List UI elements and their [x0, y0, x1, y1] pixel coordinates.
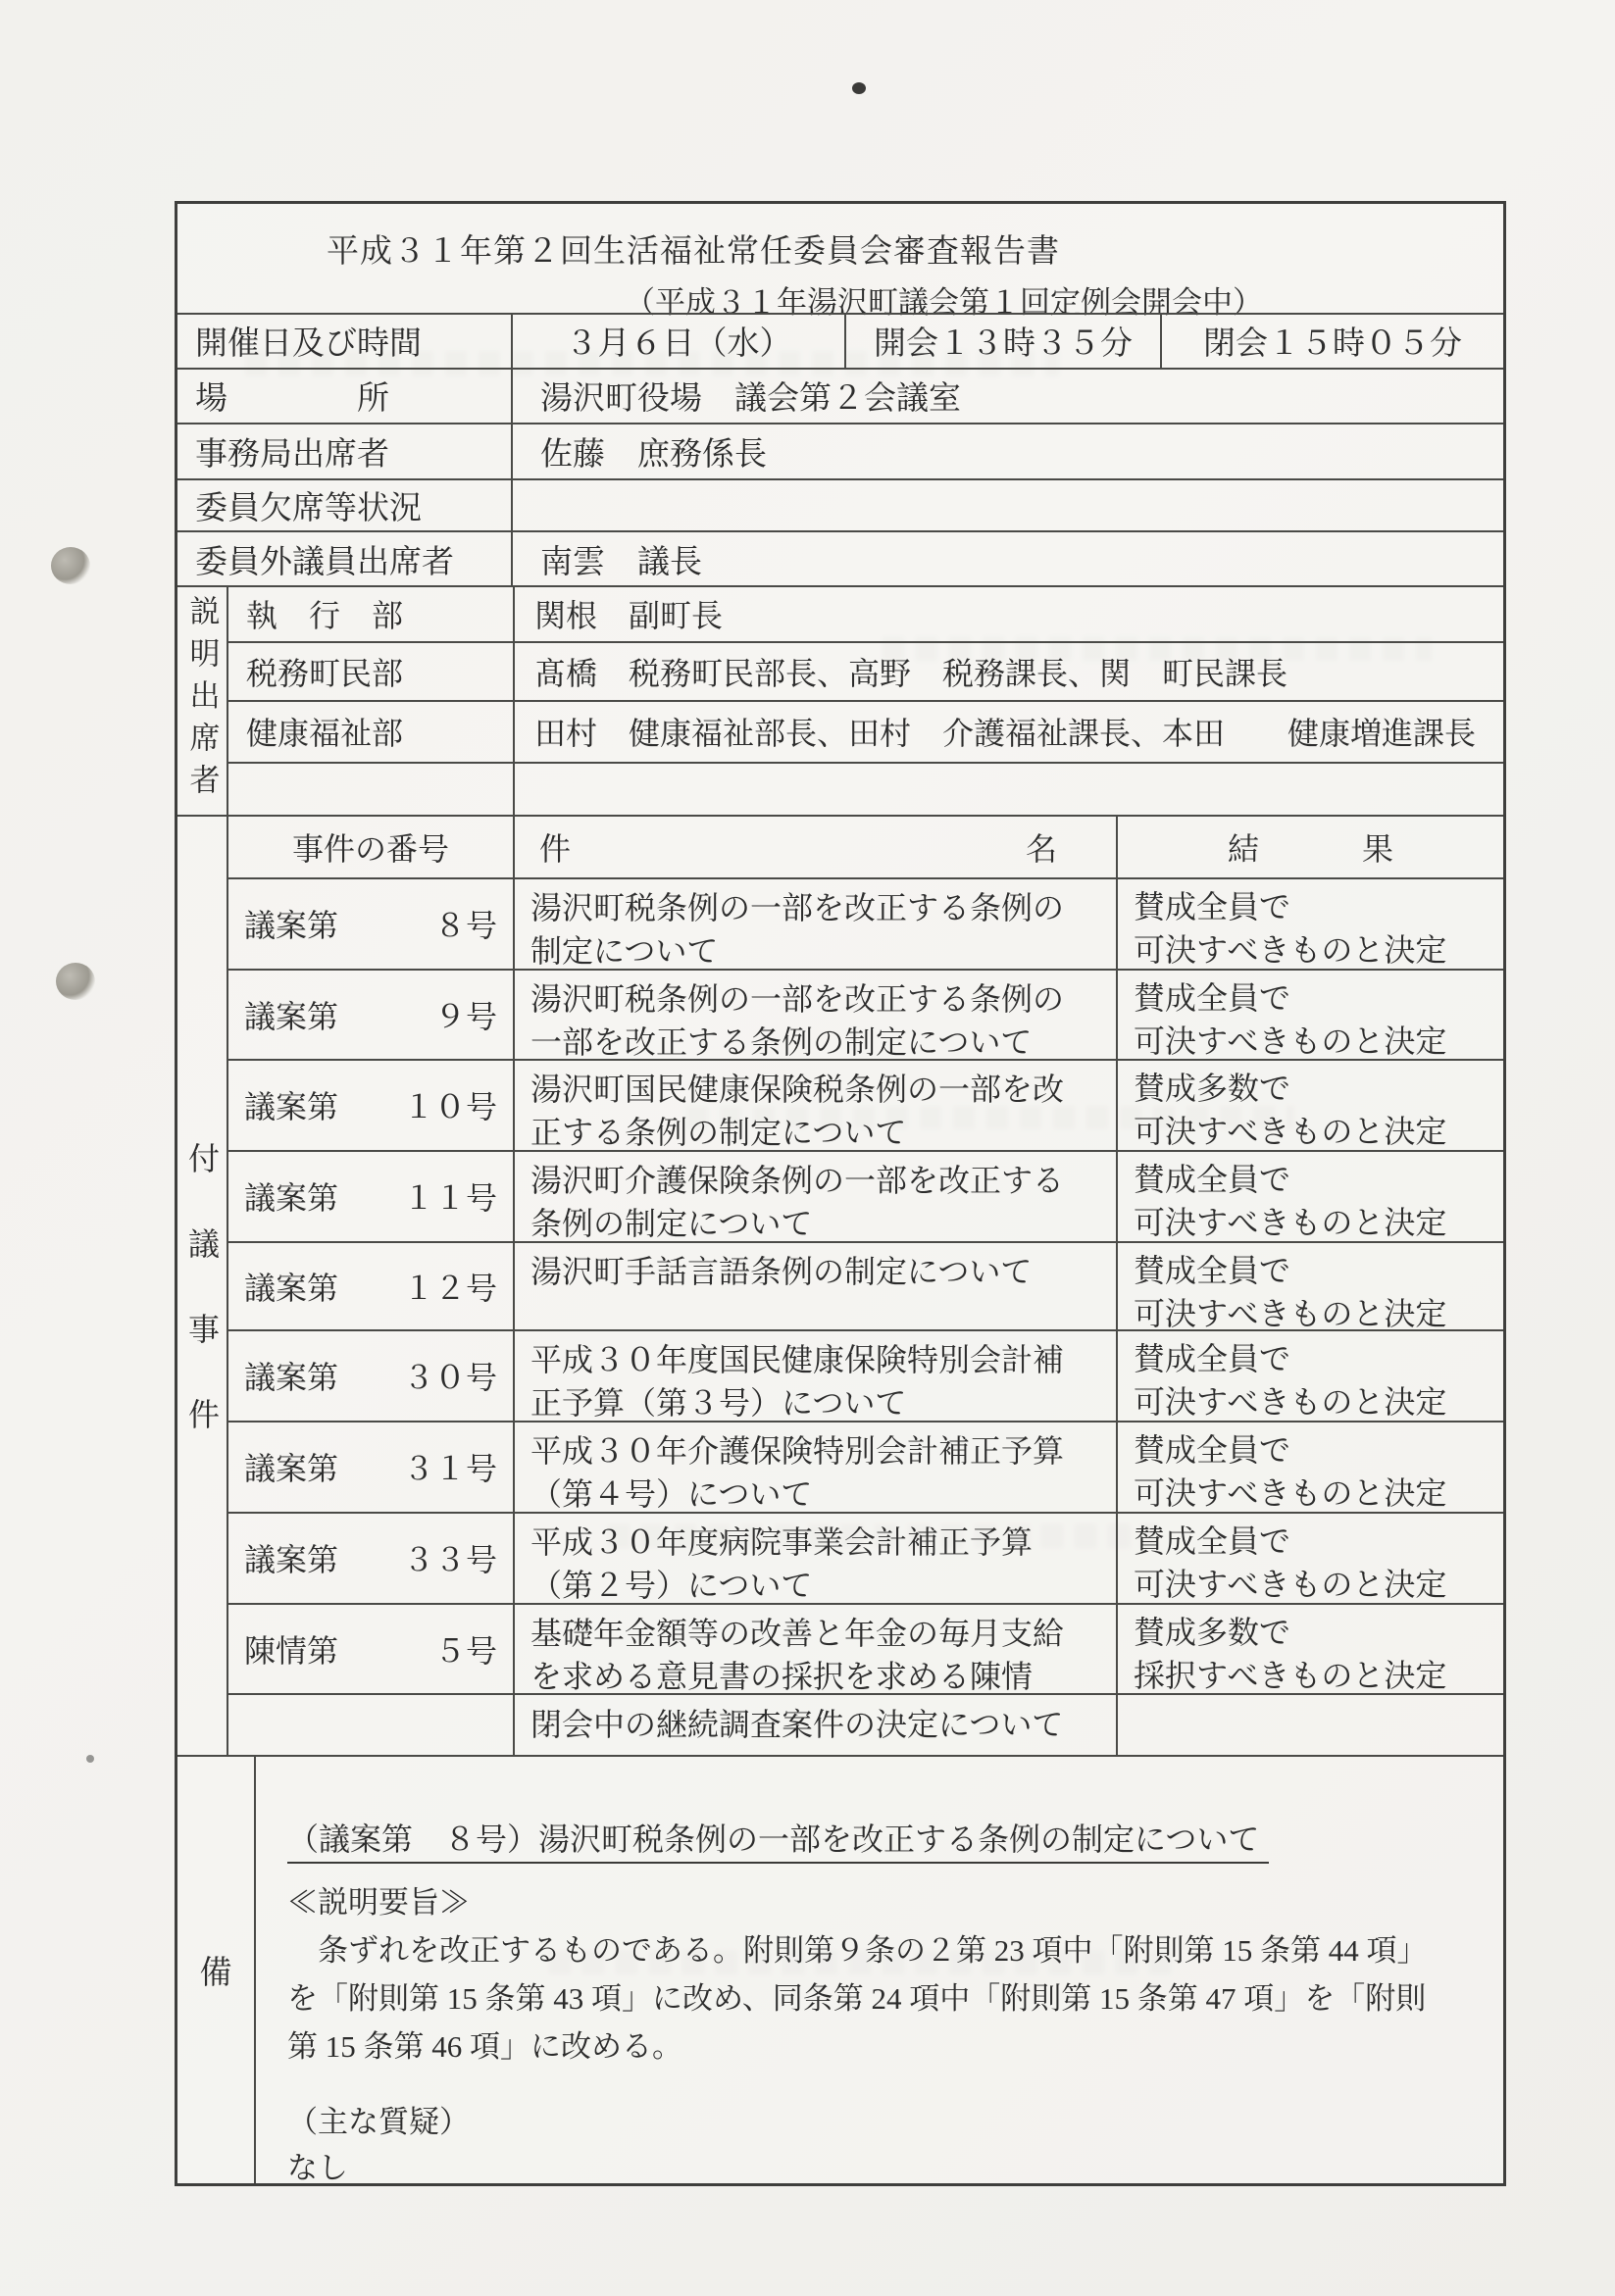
- agenda-case-result: 賛成多数で 可決すべきものと決定: [1118, 1061, 1503, 1150]
- agenda-case-number: [228, 1695, 515, 1755]
- agenda-header-name-text: 件名: [515, 824, 1116, 870]
- agenda-case-result: [1118, 1695, 1503, 1755]
- remarks-heading: （議案第 ８号）湯沢町税条例の一部を改正する条例の制定について: [287, 1823, 1269, 1864]
- case-number-value: ３１号: [403, 1444, 497, 1489]
- agenda-row: 議案第 １２号 湯沢町手話言語条例の制定について 賛成全員で 可決すべきものと決…: [228, 1241, 1503, 1329]
- explainer-dept: 執 行 部: [228, 587, 515, 641]
- explainer-dept: 税務町民部: [228, 643, 515, 700]
- result-line2: 可決すべきものと決定: [1134, 1020, 1503, 1064]
- absence-label: 委員欠席等状況: [177, 480, 513, 531]
- agenda-case-result: 賛成全員で 可決すべきものと決定: [1118, 879, 1503, 969]
- scan-speck: [86, 1755, 94, 1763]
- case-number-prefix: 議案第: [244, 901, 338, 946]
- case-number-value: ３０号: [403, 1353, 497, 1398]
- punch-hole: [56, 963, 95, 1000]
- row-absence: 委員欠席等状況: [177, 478, 1503, 531]
- remarks-vertical-label: 備: [200, 1947, 232, 1993]
- agenda-case-result: 賛成全員で 可決すべきものと決定: [1118, 1423, 1503, 1512]
- remarks-question-answer: なし: [287, 2153, 1474, 2183]
- result-line2: 可決すべきものと決定: [1134, 1563, 1503, 1607]
- agenda-case-number: 議案第 １１号: [228, 1152, 515, 1241]
- agenda-case-result: 賛成全員で 可決すべきものと決定: [1118, 1514, 1503, 1603]
- agenda-header-row: 事件の番号 件名 結果: [228, 817, 1503, 877]
- agenda-case-number: 議案第 ３１号: [228, 1423, 515, 1512]
- result-line1: 賛成全員で: [1134, 1158, 1503, 1202]
- agenda-row: 議案第 ３３号 平成３０年度病院事業会計補正予算（第２号）について 賛成全員で …: [228, 1512, 1503, 1603]
- agenda-case-number: 陳情第 ５号: [228, 1605, 515, 1693]
- remarks-subheading: ≪説明要旨≫: [287, 1887, 1474, 1918]
- report-title: 平成３１年第２回生活福祉常任委員会審査報告書: [177, 225, 1503, 272]
- explainer-members: 髙橋 税務町民部長、高野 税務課長、関 町民課長: [515, 643, 1503, 700]
- absence-value: [513, 480, 1503, 531]
- title-block: 平成３１年第２回生活福祉常任委員会審査報告書 （平成３１年湯沢町議会第１回定例会…: [177, 204, 1503, 313]
- agenda-row: 議案第 １０号 湯沢町国民健康保険税条例の一部を改正する条例の制定について 賛成…: [228, 1059, 1503, 1150]
- result-line1: 賛成全員で: [1134, 1428, 1503, 1472]
- agenda-case-name: 湯沢町手話言語条例の制定について: [515, 1243, 1118, 1329]
- explainer-dept: [228, 764, 515, 815]
- agenda-rows: 事件の番号 件名 結果 議案第 ８号 湯沢町税条例の一部を改正する条例の制定につ…: [228, 817, 1503, 1755]
- result-line2: 可決すべきものと決定: [1134, 1380, 1503, 1424]
- row-schedule: 開催日及び時間 ３月６日（水） 開会１３時３５分 閉会１５時０５分: [177, 313, 1503, 368]
- remarks-paragraph-line: 第 15 条第 46 項」に改める。: [287, 2031, 1474, 2062]
- agenda-header-result: 結果: [1118, 817, 1503, 877]
- case-number-value: ３３号: [403, 1535, 497, 1580]
- case-number-value: ９号: [434, 992, 497, 1037]
- agenda-row: 議案第 ８号 湯沢町税条例の一部を改正する条例の制定について 賛成全員で 可決す…: [228, 877, 1503, 969]
- row-place: 場 所 湯沢町役場 議会第２会議室: [177, 368, 1503, 424]
- schedule-close-time: 閉会１５時０５分: [1162, 315, 1503, 368]
- agenda-case-name: 平成３０年介護保険特別会計補正予算（第４号）について: [515, 1423, 1118, 1512]
- scanned-report-page: 平成３１年第２回生活福祉常任委員会審査報告書 （平成３１年湯沢町議会第１回定例会…: [0, 0, 1615, 2296]
- case-number-prefix: 議案第: [244, 992, 338, 1037]
- agenda-case-name: 湯沢町国民健康保険税条例の一部を改正する条例の制定について: [515, 1061, 1118, 1150]
- agenda-case-name: 湯沢町税条例の一部を改正する条例の制定について: [515, 879, 1118, 969]
- agenda-row: 陳情第 ５号 基礎年金額等の改善と年金の毎月支給を求める意見書の採択を求める陳情…: [228, 1603, 1503, 1693]
- case-number-prefix: 議案第: [244, 1264, 338, 1309]
- case-number-value: ５号: [434, 1626, 497, 1672]
- place-value: 湯沢町役場 議会第２会議室: [513, 370, 1503, 424]
- section-agenda: 付議事件 事件の番号 件名 結果 議案第 ８号: [177, 815, 1503, 1755]
- result-line1: 賛成全員で: [1134, 1520, 1503, 1564]
- agenda-case-name: 平成３０年度病院事業会計補正予算（第２号）について: [515, 1514, 1118, 1603]
- committee-report-table: 平成３１年第２回生活福祉常任委員会審査報告書 （平成３１年湯沢町議会第１回定例会…: [175, 201, 1506, 2186]
- agenda-case-name: 湯沢町介護保険条例の一部を改正する条例の制定について: [515, 1152, 1118, 1241]
- agenda-case-number: 議案第 ９号: [228, 971, 515, 1059]
- explainer-dept: 健康福祉部: [228, 702, 515, 762]
- observers-label: 委員外議員出席者: [177, 532, 513, 585]
- agenda-case-number: 議案第 ３３号: [228, 1514, 515, 1603]
- explainers-vertical-label: 説明出席者: [180, 595, 225, 806]
- agenda-case-name: 平成３０年度国民健康保険特別会計補正予算（第３号）について: [515, 1331, 1118, 1421]
- observers-value: 南雲 議長: [513, 532, 1503, 585]
- explainer-row: 税務町民部 髙橋 税務町民部長、高野 税務課長、関 町民課長: [228, 641, 1503, 700]
- agenda-case-name: 湯沢町税条例の一部を改正する条例の一部を改正する条例の制定について: [515, 971, 1118, 1059]
- explainer-row: [228, 762, 1503, 815]
- punch-hole: [51, 547, 90, 584]
- result-line1: 賛成多数で: [1134, 1611, 1503, 1655]
- agenda-case-result: 賛成全員で 可決すべきものと決定: [1118, 1152, 1503, 1241]
- case-number-prefix: 議案第: [244, 1353, 338, 1398]
- row-observers: 委員外議員出席者 南雲 議長: [177, 530, 1503, 585]
- case-number-value: １１号: [403, 1173, 497, 1219]
- remarks-body: （議案第 ８号）湯沢町税条例の一部を改正する条例の制定について ≪説明要旨≫ 条…: [256, 1757, 1503, 2183]
- agenda-case-result: 賛成多数で 採択すべきものと決定: [1118, 1605, 1503, 1693]
- agenda-case-result: 賛成全員で 可決すべきものと決定: [1118, 1243, 1503, 1329]
- remarks-paragraph-line: 条ずれを改正するものである。附則第９条の２第 23 項中「附則第 15 条第 4…: [287, 1935, 1474, 1966]
- scan-speck: [852, 82, 866, 94]
- agenda-header-name: 件名: [515, 817, 1118, 877]
- case-number-prefix: 議案第: [244, 1173, 338, 1219]
- agenda-case-number: 議案第 ８号: [228, 879, 515, 969]
- agenda-case-number: 議案第 １２号: [228, 1243, 515, 1329]
- result-line1: 賛成全員で: [1134, 976, 1503, 1021]
- agenda-row: 議案第 ３０号 平成３０年度国民健康保険特別会計補正予算（第３号）について 賛成…: [228, 1329, 1503, 1421]
- agenda-row: 議案第 ９号 湯沢町税条例の一部を改正する条例の一部を改正する条例の制定について…: [228, 969, 1503, 1059]
- agenda-vertical-label: 付議事件: [179, 1088, 225, 1483]
- section-remarks: 備 （議案第 ８号）湯沢町税条例の一部を改正する条例の制定について ≪説明要旨≫…: [177, 1755, 1503, 2183]
- agenda-case-result: 賛成全員で 可決すべきものと決定: [1118, 1331, 1503, 1421]
- schedule-label: 開催日及び時間: [177, 315, 513, 368]
- agenda-case-name: 閉会中の継続調査案件の決定について: [515, 1695, 1118, 1755]
- case-number-prefix: 議案第: [244, 1082, 338, 1127]
- result-line2: 採択すべきものと決定: [1134, 1654, 1503, 1698]
- case-number-value: ８号: [434, 901, 497, 946]
- secretariat-value: 佐藤 庶務係長: [513, 424, 1503, 478]
- schedule-open-time: 開会１３時３５分: [846, 315, 1162, 368]
- result-line2: 可決すべきものと決定: [1134, 1472, 1503, 1516]
- case-number-prefix: 陳情第: [244, 1626, 338, 1672]
- explainer-members: 田村 健康福祉部長、田村 介護福祉課長、本田 健康増進課長: [515, 702, 1503, 762]
- agenda-vertical-label-cell: 付議事件: [177, 817, 228, 1755]
- remarks-paragraph-line: を「附則第 15 条第 43 項」に改め、同条第 24 項中「附則第 15 条第…: [287, 1983, 1474, 2014]
- result-line1: 賛成全員で: [1134, 885, 1503, 929]
- explainers-rows: 執 行 部 関根 副町長 税務町民部 髙橋 税務町民部長、高野 税務課長、関 町…: [228, 587, 1503, 815]
- remarks-vertical-label-cell: 備: [177, 1757, 256, 2183]
- agenda-header-result-text: 結果: [1118, 824, 1503, 870]
- agenda-case-number: 議案第 １０号: [228, 1061, 515, 1150]
- agenda-row: 議案第 ３１号 平成３０年介護保険特別会計補正予算（第４号）について 賛成全員で…: [228, 1421, 1503, 1512]
- agenda-case-result: 賛成全員で 可決すべきものと決定: [1118, 971, 1503, 1059]
- agenda-case-name: 基礎年金額等の改善と年金の毎月支給を求める意見書の採択を求める陳情: [515, 1605, 1118, 1693]
- result-line1: 賛成全員で: [1134, 1249, 1503, 1293]
- agenda-row: 閉会中の継続調査案件の決定について: [228, 1693, 1503, 1755]
- explainer-members: 関根 副町長: [515, 587, 1503, 641]
- explainer-row: 執 行 部 関根 副町長: [228, 587, 1503, 641]
- schedule-date: ３月６日（水）: [513, 315, 846, 368]
- explainer-members: [515, 764, 1503, 815]
- case-number-value: １０号: [403, 1082, 497, 1127]
- result-line2: 可決すべきものと決定: [1134, 928, 1503, 973]
- agenda-case-number: 議案第 ３０号: [228, 1331, 515, 1421]
- row-secretariat: 事務局出席者 佐藤 庶務係長: [177, 423, 1503, 478]
- result-line2: 可決すべきものと決定: [1134, 1201, 1503, 1245]
- case-number-prefix: 議案第: [244, 1444, 338, 1489]
- agenda-header-number: 事件の番号: [228, 817, 515, 877]
- place-label: 場 所: [177, 370, 513, 424]
- secretariat-label: 事務局出席者: [177, 424, 513, 478]
- result-line1: 賛成多数で: [1134, 1067, 1503, 1111]
- section-explainers: 説明出席者 執 行 部 関根 副町長 税務町民部 髙橋 税務町民部長、高野 税務…: [177, 585, 1503, 815]
- result-line2: 可決すべきものと決定: [1134, 1110, 1503, 1154]
- case-number-prefix: 議案第: [244, 1535, 338, 1580]
- explainer-row: 健康福祉部 田村 健康福祉部長、田村 介護福祉課長、本田 健康増進課長: [228, 700, 1503, 762]
- explainers-vertical-label-cell: 説明出席者: [177, 587, 228, 815]
- remarks-question-label: （主な質疑）: [287, 2107, 1474, 2137]
- case-number-value: １２号: [403, 1264, 497, 1309]
- result-line1: 賛成全員で: [1134, 1337, 1503, 1381]
- agenda-row: 議案第 １１号 湯沢町介護保険条例の一部を改正する条例の制定について 賛成全員で…: [228, 1150, 1503, 1241]
